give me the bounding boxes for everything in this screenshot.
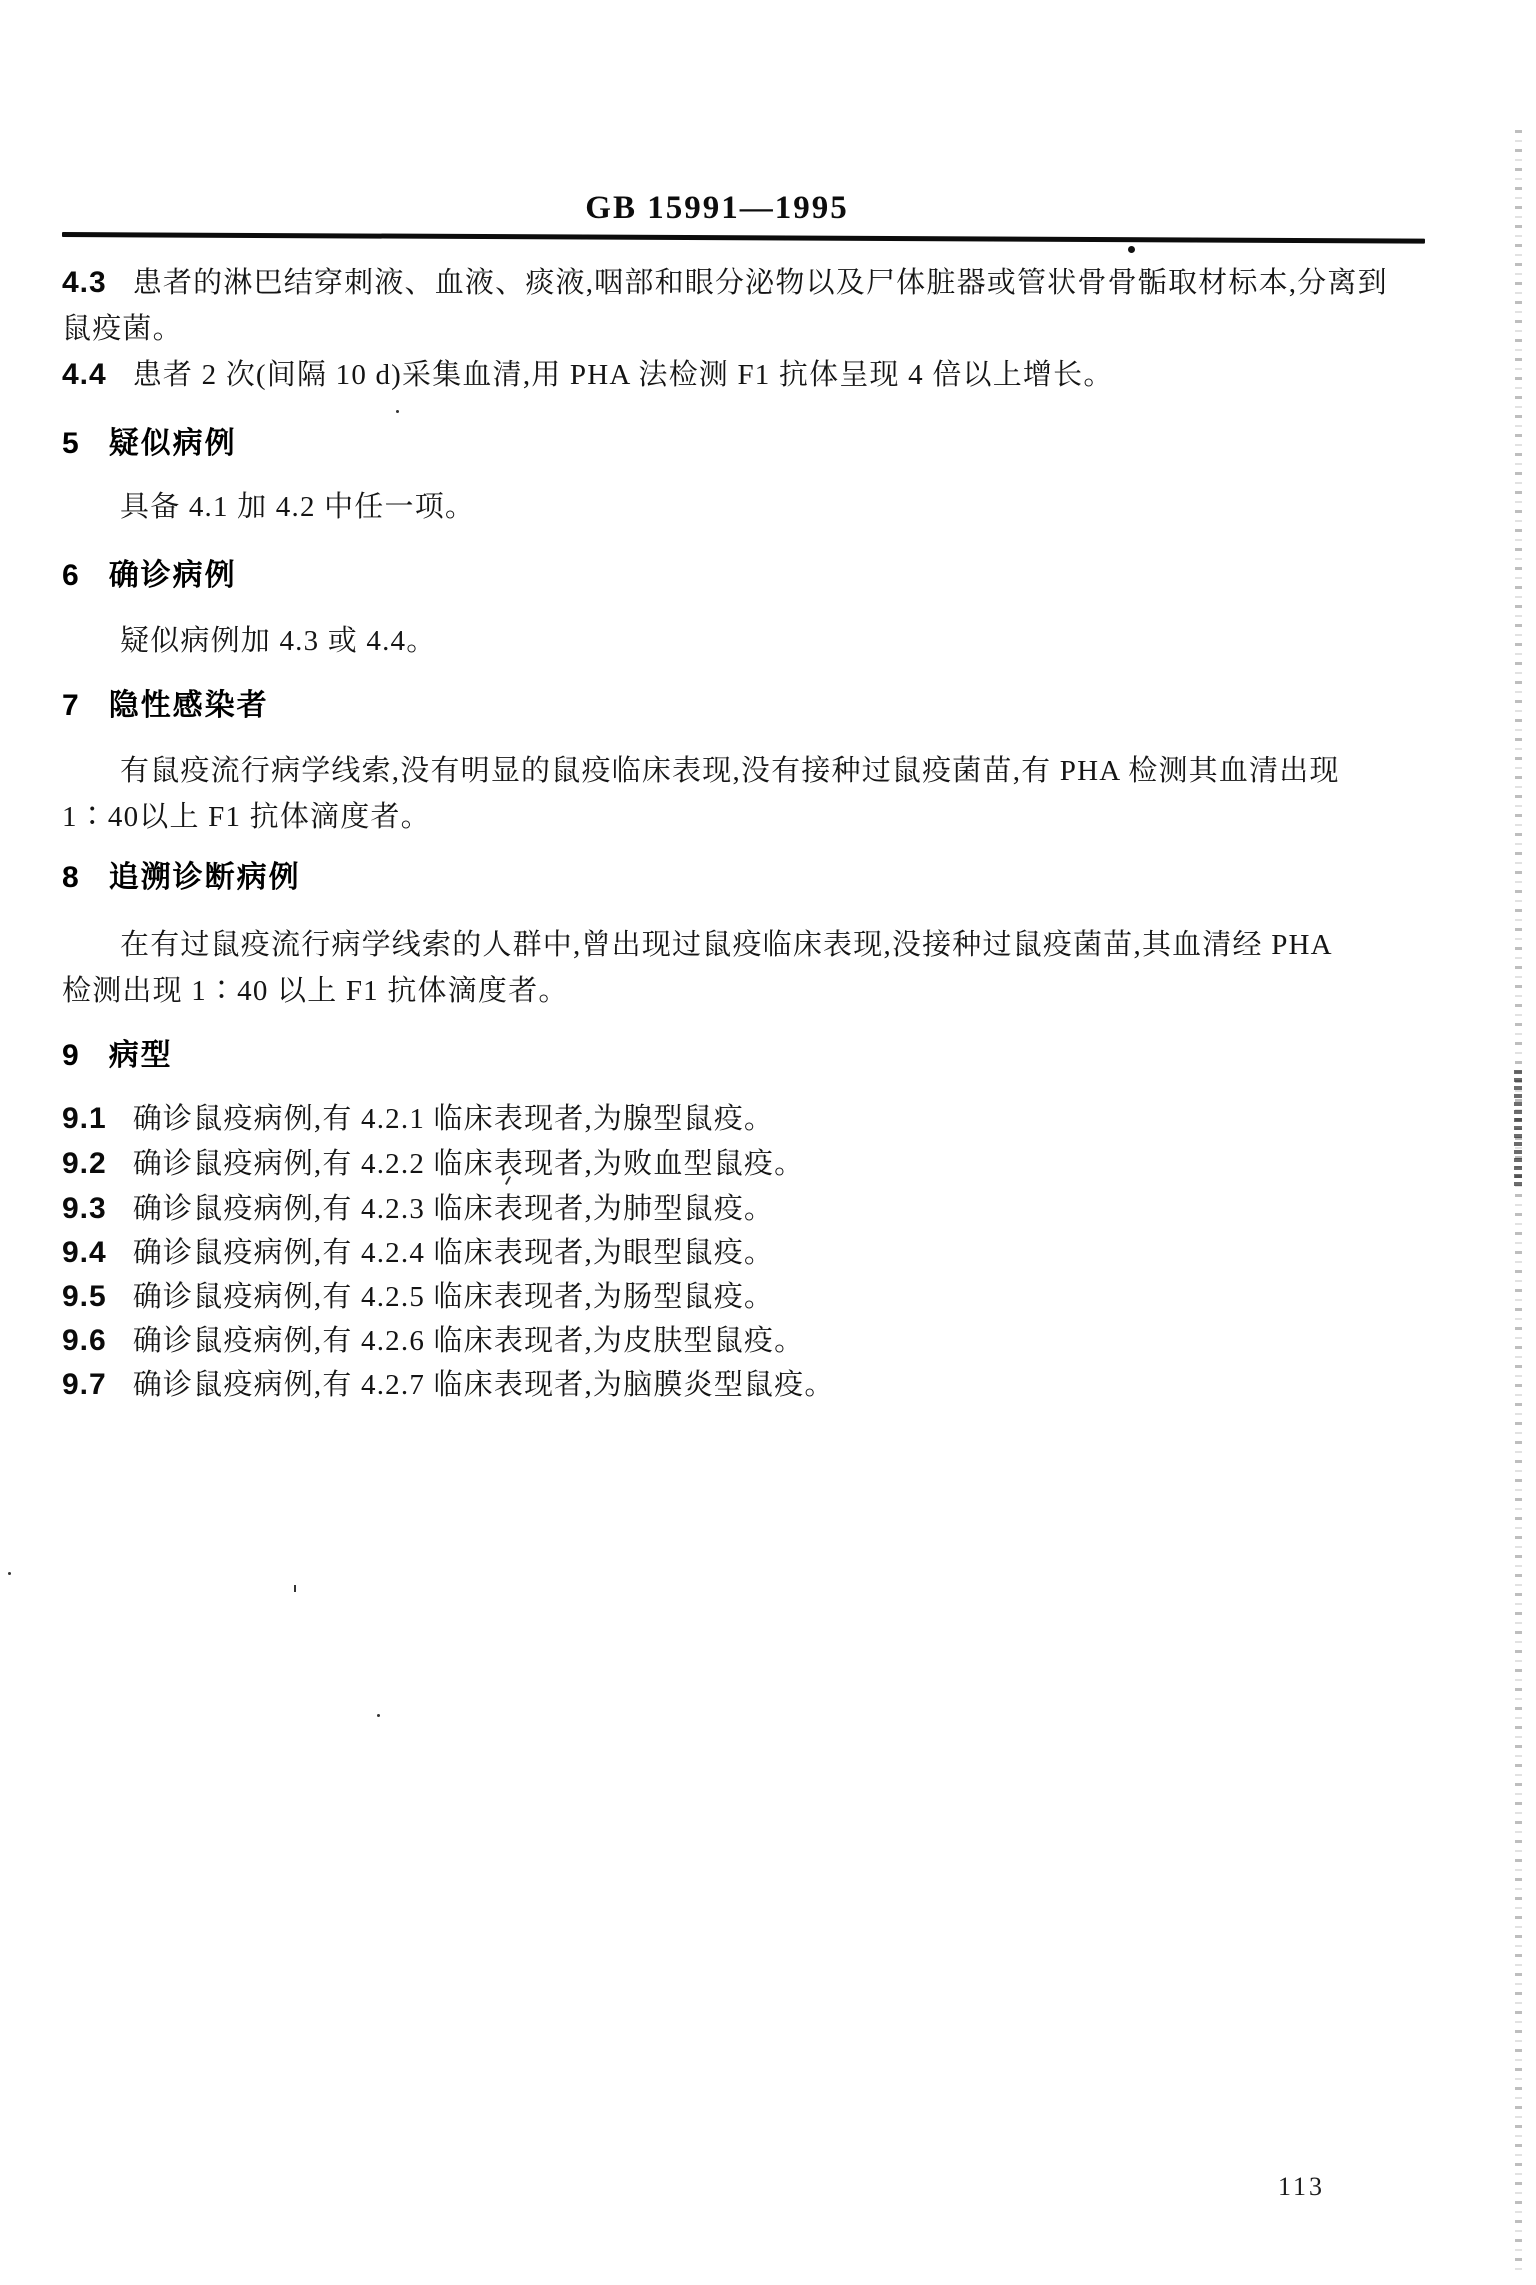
clause-number: 9.7: [62, 1362, 107, 1408]
standard-code-header: GB 15991—1995: [0, 190, 1434, 227]
clause-9-4: 9.4 确诊鼠疫病例,有 4.2.4 临床表现者,为眼型鼠疫。: [62, 1230, 1434, 1276]
clause-9-3: 9.3 确诊鼠疫病例,有 4.2.3 临床表现者,为肺型鼠疫。: [62, 1186, 1434, 1232]
clause-text-continued: 鼠疫菌。: [62, 306, 1434, 352]
scan-speck: [396, 410, 399, 413]
clause-9-5: 9.5 确诊鼠疫病例,有 4.2.5 临床表现者,为肠型鼠疫。: [62, 1274, 1434, 1320]
clause-9-1: 9.1 确诊鼠疫病例,有 4.2.1 临床表现者,为腺型鼠疫。: [62, 1096, 1434, 1142]
clause-9-6: 9.6 确诊鼠疫病例,有 4.2.6 临床表现者,为皮肤型鼠疫。: [62, 1318, 1434, 1364]
paragraph-line: 在有过鼠疫流行病学线索的人群中,曾出现过鼠疫临床表现,没接种过鼠疫菌苗,其血清经…: [62, 922, 1434, 968]
clause-number: 4.4: [62, 352, 107, 398]
clause-number: 9.2: [62, 1141, 107, 1187]
clause-text: 患者的淋巴结穿刺液、血液、痰液,咽部和眼分泌物以及尸体脏器或管状骨骨骺取材标本,…: [133, 260, 1388, 306]
section-8-heading: 8 追溯诊断病例: [62, 856, 1434, 900]
scan-speck: [377, 1714, 380, 1717]
paragraph-line: 检测出现 1∶40 以上 F1 抗体滴度者。: [62, 968, 1434, 1014]
page-number: 113: [1278, 2172, 1325, 2202]
clause-text: 确诊鼠疫病例,有 4.2.4 临床表现者,为眼型鼠疫。: [133, 1230, 774, 1276]
header-rule: [62, 232, 1425, 244]
section-title: 确诊病例: [109, 554, 237, 598]
clause-text: 确诊鼠疫病例,有 4.2.6 临床表现者,为皮肤型鼠疫。: [133, 1318, 805, 1364]
scan-speck: [8, 1572, 11, 1575]
clause-number: 9.3: [62, 1186, 107, 1232]
section-number: 6: [62, 554, 79, 598]
section-title: 病型: [109, 1034, 173, 1078]
scan-speck: [294, 1585, 296, 1592]
clause-number: 9.6: [62, 1318, 107, 1364]
clause-text: 确诊鼠疫病例,有 4.2.3 临床表现者,为肺型鼠疫。: [133, 1186, 774, 1232]
ink-dot-artifact: [1128, 246, 1135, 253]
clause-number: 9.4: [62, 1230, 107, 1276]
section-title: 追溯诊断病例: [109, 856, 301, 900]
section-8-paragraph: 在有过鼠疫流行病学线索的人群中,曾出现过鼠疫临床表现,没接种过鼠疫菌苗,其血清经…: [62, 922, 1434, 1014]
section-5-heading: 5 疑似病例: [62, 422, 1434, 466]
clause-text: 确诊鼠疫病例,有 4.2.2 临床表现者,为败血型鼠疫。: [133, 1141, 805, 1187]
clause-number: 9.5: [62, 1274, 107, 1320]
section-number: 8: [62, 856, 79, 900]
section-5-paragraph: 具备 4.1 加 4.2 中任一项。: [62, 484, 1492, 530]
section-7-heading: 7 隐性感染者: [62, 684, 1434, 728]
clause-4-4: 4.4 患者 2 次(间隔 10 d)采集血清,用 PHA 法检测 F1 抗体呈…: [62, 352, 1434, 398]
scan-edge-artifacts: [1515, 130, 1522, 2270]
paragraph-line: 1∶40以上 F1 抗体滴度者。: [62, 794, 1434, 840]
clause-number: 4.3: [62, 260, 107, 306]
section-6-paragraph: 疑似病例加 4.3 或 4.4。: [62, 618, 1492, 664]
clause-text: 患者 2 次(间隔 10 d)采集血清,用 PHA 法检测 F1 抗体呈现 4 …: [133, 352, 1114, 398]
clause-9-2: 9.2 确诊鼠疫病例,有 4.2.2 临床表现者,为败血型鼠疫。: [62, 1141, 1434, 1187]
paragraph-line: 有鼠疫流行病学线索,没有明显的鼠疫临床表现,没有接种过鼠疫菌苗,有 PHA 检测…: [62, 748, 1434, 794]
clause-9-7: 9.7 确诊鼠疫病例,有 4.2.7 临床表现者,为脑膜炎型鼠疫。: [62, 1362, 1434, 1408]
clause-number: 9.1: [62, 1096, 107, 1142]
clause-text: 确诊鼠疫病例,有 4.2.7 临床表现者,为脑膜炎型鼠疫。: [133, 1362, 835, 1408]
clause-text: 确诊鼠疫病例,有 4.2.5 临床表现者,为肠型鼠疫。: [133, 1274, 774, 1320]
section-number: 5: [62, 422, 79, 466]
clause-text: 确诊鼠疫病例,有 4.2.1 临床表现者,为腺型鼠疫。: [133, 1096, 774, 1142]
section-7-paragraph: 有鼠疫流行病学线索,没有明显的鼠疫临床表现,没有接种过鼠疫菌苗,有 PHA 检测…: [62, 748, 1434, 840]
scan-edge-artifacts-dense: [1514, 1070, 1522, 1190]
section-number: 9: [62, 1034, 79, 1078]
document-page: GB 15991—1995 4.3 患者的淋巴结穿刺液、血液、痰液,咽部和眼分泌…: [0, 0, 1536, 2285]
section-6-heading: 6 确诊病例: [62, 554, 1434, 598]
clause-4-3: 4.3 患者的淋巴结穿刺液、血液、痰液,咽部和眼分泌物以及尸体脏器或管状骨骨骺取…: [62, 260, 1434, 352]
section-title: 疑似病例: [109, 422, 237, 466]
section-number: 7: [62, 684, 79, 728]
section-title: 隐性感染者: [109, 684, 269, 728]
section-9-heading: 9 病型: [62, 1034, 1434, 1078]
